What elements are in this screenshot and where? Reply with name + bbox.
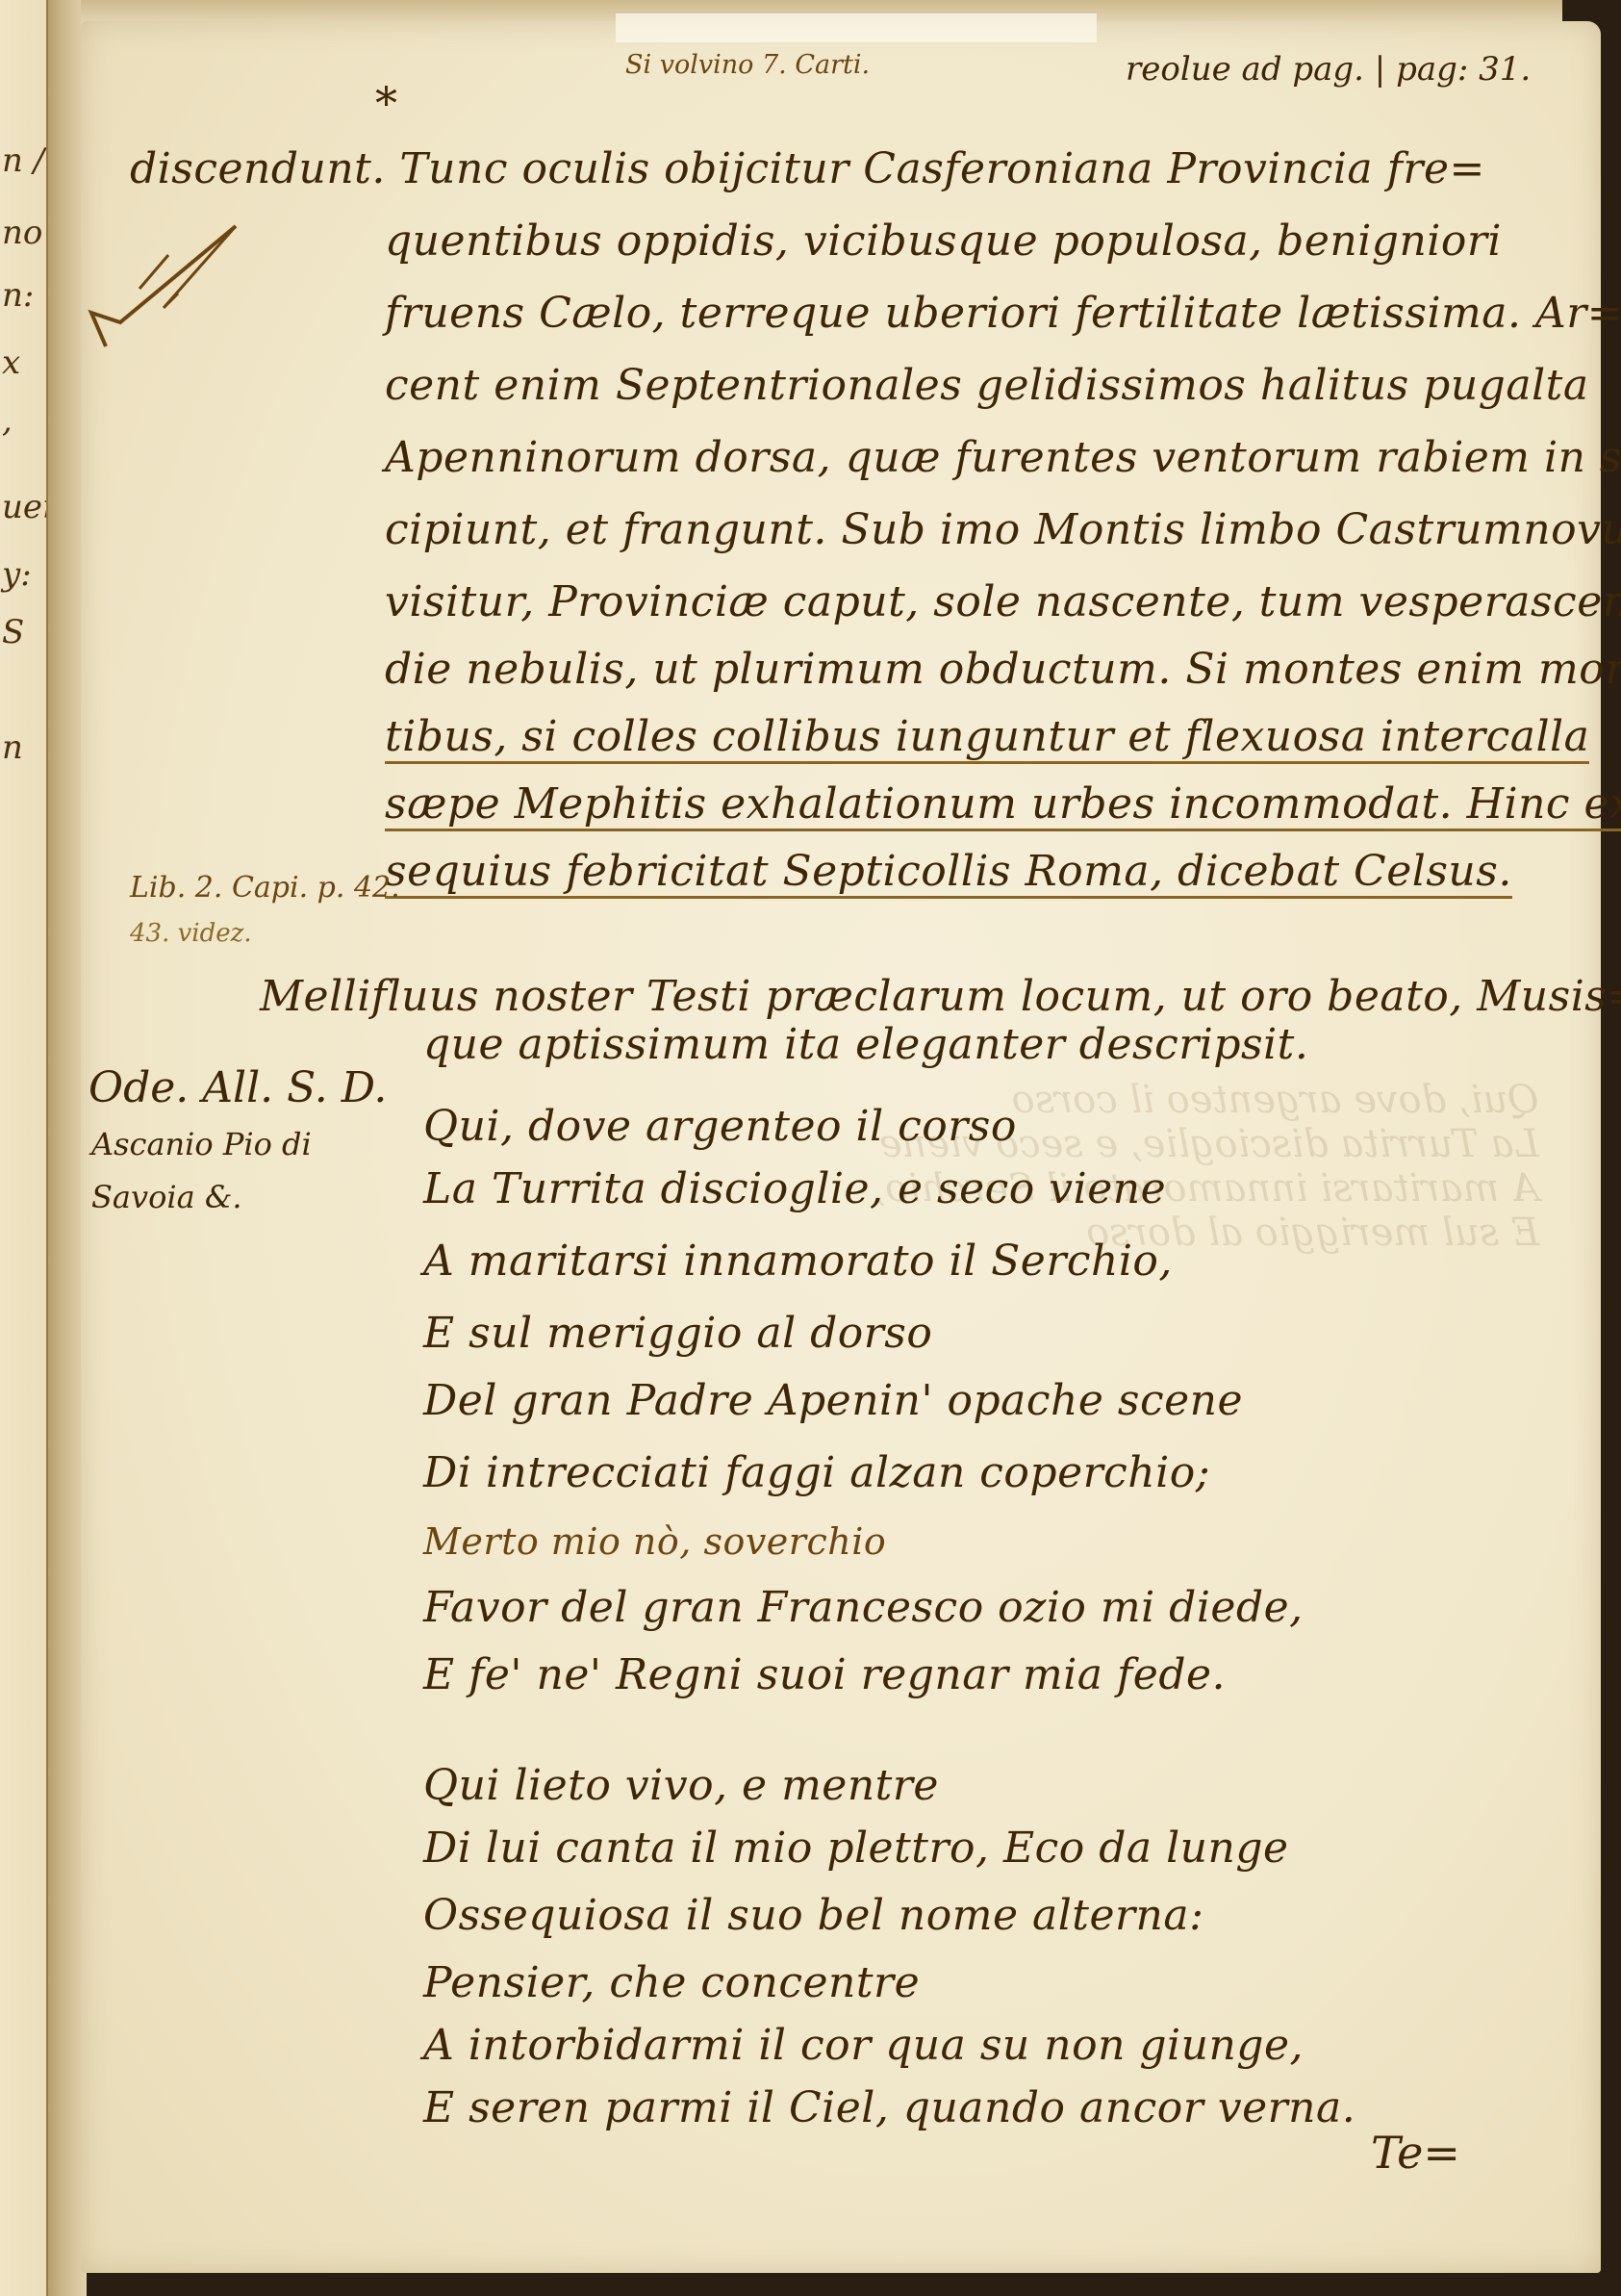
prose-line: quentibus oppidis, vicibusque populosa, … bbox=[385, 217, 1502, 266]
verse-line: Merto mio nò, soverchio bbox=[423, 1520, 886, 1563]
page-reference: reolue ad pag. | pag: 31. bbox=[1126, 50, 1531, 89]
verse-line: Di intrecciati faggi alzan coperchio; bbox=[423, 1448, 1210, 1497]
verse-line: E seren parmi il Ciel, quando ancor vern… bbox=[423, 2083, 1355, 2132]
left-page-fragment: n: bbox=[2, 279, 34, 312]
left-page-fragment: S bbox=[2, 616, 24, 649]
verse-line: A maritarsi innamorato il Serchio, bbox=[423, 1237, 1173, 1286]
left-page-fragment: n bbox=[2, 731, 23, 764]
prose-line: cent enim Septentrionales gelidissimos h… bbox=[385, 361, 1589, 410]
asterisk-mark: * bbox=[375, 77, 397, 129]
verse-line: Qui lieto vivo, e mentre bbox=[423, 1761, 939, 1810]
prose-line: discendunt. Tunc oculis obijcitur Casfer… bbox=[130, 144, 1485, 193]
ode-attribution-note: Savoia &. bbox=[91, 1179, 241, 1215]
verse-line: Di lui canta il mio plettro, Eco da lung… bbox=[423, 1824, 1289, 1873]
verse-line: Pensier, che concentre bbox=[423, 1958, 920, 2007]
prose-line: die nebulis, ut plurimum obductum. Si mo… bbox=[385, 645, 1621, 694]
verse-line: Qui, dove argenteo il corso bbox=[423, 1102, 1017, 1151]
verse-line: La Turrita discioglie, e seco viene bbox=[423, 1164, 1166, 1213]
margin-reference-note: 43. videz. bbox=[130, 919, 252, 948]
left-page-fragment: y: bbox=[2, 558, 32, 591]
verse-line: E sul meriggio al dorso bbox=[423, 1309, 932, 1358]
ode-attribution-note: Ascanio Pio di bbox=[91, 1126, 312, 1162]
verse-line: Del gran Padre Apenin' opache scene bbox=[423, 1376, 1243, 1425]
ode-attribution-note: Ode. All. S. D. bbox=[89, 1063, 387, 1112]
intro-line: Mellifluus noster Testi præclarum locum,… bbox=[260, 972, 1621, 1021]
margin-reference-note: Lib. 2. Capi. p. 42. bbox=[130, 871, 400, 905]
verse-line: Ossequiosa il suo bel nome alterna: bbox=[423, 1891, 1203, 1940]
verse-line: A intorbidarmi il cor qua su non giunge, bbox=[423, 2021, 1304, 2070]
catchword: Te= bbox=[1371, 2127, 1460, 2179]
left-page-fragment: , bbox=[2, 404, 13, 437]
prose-line: Apenninorum dorsa, quæ furentes ventorum… bbox=[385, 433, 1621, 482]
left-page-fragment: n / bbox=[2, 144, 44, 177]
pointing-bracket-icon bbox=[82, 221, 245, 356]
verse-line: E fe' ne' Regni suoi regnar mia fede. bbox=[423, 1650, 1226, 1699]
prose-line: cipiunt, et frangunt. Sub imo Montis lim… bbox=[385, 505, 1621, 554]
prose-line: tibus, si colles collibus iunguntur et f… bbox=[385, 712, 1589, 764]
header-bracket-note: Si volvino 7. Carti. bbox=[625, 50, 870, 80]
prose-line: sæpe Mephitis exhalationum urbes incommo… bbox=[385, 779, 1621, 831]
prose-line: fruens Cælo, terreque uberiori fertilita… bbox=[385, 289, 1621, 338]
prose-line: visitur, Provinciæ caput, sole nascente,… bbox=[385, 577, 1621, 626]
verse-line: Favor del gran Francesco ozio mi diede, bbox=[423, 1583, 1304, 1632]
left-page-fragment: no bbox=[2, 217, 42, 249]
prose-line: sequius febricitat Septicollis Roma, dic… bbox=[385, 847, 1512, 899]
pasted-paper-slip bbox=[616, 13, 1097, 42]
intro-line: que aptissimum ita eleganter descripsit. bbox=[423, 1020, 1308, 1069]
left-page-fragment: x bbox=[2, 346, 20, 379]
